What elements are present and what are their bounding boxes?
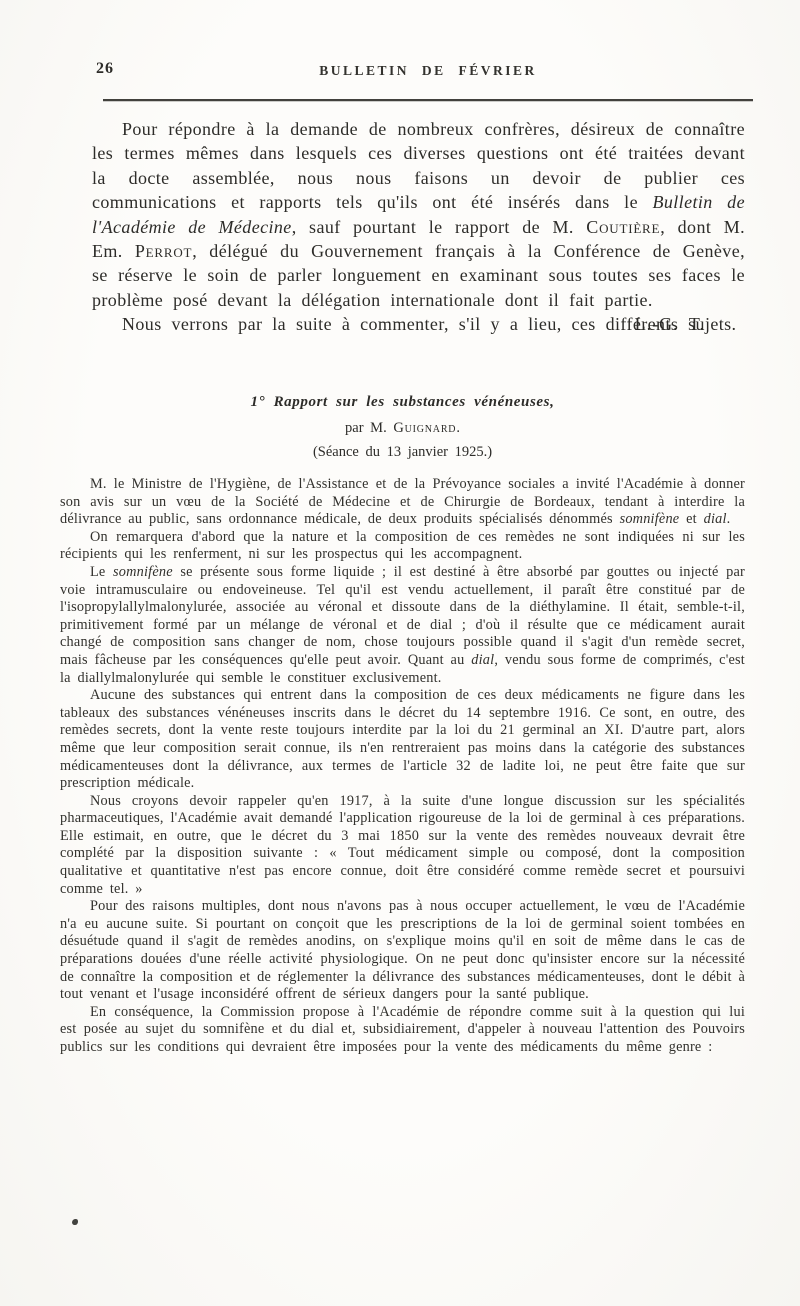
- report-paragraph-6: Pour des raisons multiples, dont nous n'…: [60, 898, 745, 1004]
- intro-text: Pour répondre à la demande de nombreux c…: [92, 119, 745, 212]
- author-name-guignard: Guignard: [393, 420, 456, 436]
- report-section: 1° Rapport sur les substances vénéneuses…: [60, 388, 745, 1057]
- report-paragraph-4: Aucune des substances qui entrent dans l…: [60, 687, 745, 793]
- report-paragraph-2: On remarquera d'abord que la nature et l…: [60, 529, 745, 564]
- body-text: et: [679, 511, 703, 527]
- body-text: Le: [90, 564, 113, 580]
- report-paragraph-1: M. le Ministre de l'Hygiène, de l'Assist…: [60, 476, 745, 529]
- report-paragraph-7: En conséquence, la Commission propose à …: [60, 1004, 745, 1057]
- drug-name-dial: dial: [704, 511, 727, 527]
- intro-paragraph-1: Pour répondre à la demande de nombreux c…: [92, 117, 745, 312]
- byline-suffix: .: [456, 420, 460, 436]
- intro-paragraph-2: Nous verrons par la suite à commenter, s…: [92, 312, 745, 336]
- drug-name-dial: dial: [471, 652, 494, 668]
- session-date: (Séance du 13 janvier 1925.): [60, 442, 745, 462]
- report-paragraph-3: Le somnifène se présente sous forme liqu…: [60, 564, 745, 687]
- person-name-coutiere: Coutière: [586, 217, 660, 237]
- report-byline: par M. Guignard.: [60, 418, 745, 438]
- editor-initials: L.-G. T.: [605, 312, 705, 336]
- running-header-title: BULLETIN DE FÉVRIER: [103, 63, 753, 79]
- header-rule: [103, 99, 753, 101]
- scanned-bulletin-page: 26 BULLETIN DE FÉVRIER Pour répondre à l…: [0, 0, 800, 1306]
- report-paragraph-5: Nous croyons devoir rappeler qu'en 1917,…: [60, 793, 745, 899]
- report-heading: 1° Rapport sur les substances vénéneuses…: [60, 392, 745, 412]
- body-text: .: [727, 511, 731, 527]
- person-name-perrot: Perrot: [135, 241, 192, 261]
- drug-name-somnifene: somnifène: [620, 511, 680, 527]
- drug-name-somnifene: somnifène: [113, 564, 173, 580]
- byline-prefix: par M.: [345, 420, 393, 436]
- ink-speck: [72, 1219, 78, 1225]
- intro-section: Pour répondre à la demande de nombreux c…: [92, 117, 745, 337]
- intro-text: , sauf pourtant le rapport de M.: [292, 217, 587, 237]
